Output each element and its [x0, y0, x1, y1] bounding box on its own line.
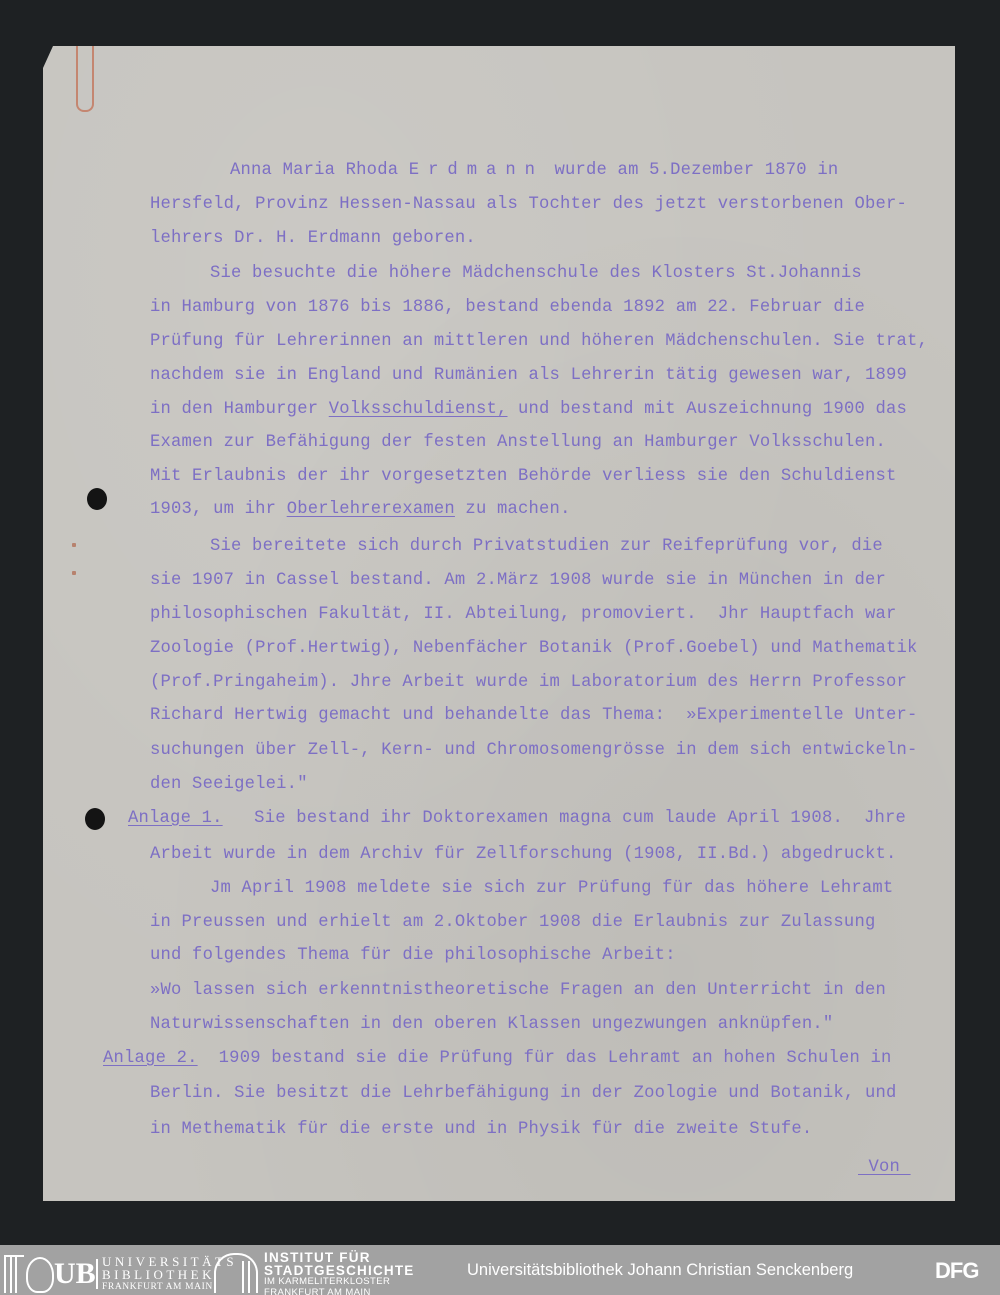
text-line: in Preussen und erhielt am 2.Oktober 190… [150, 913, 875, 933]
text-segment: Zoologie (Prof.Hertwig), Nebenfächer Bot… [150, 639, 918, 658]
text-line: Sie besuchte die höhere Mädchenschule de… [210, 264, 862, 284]
text-segment: und bestand mit Auszeichnung 1900 das [508, 400, 908, 419]
text-segment: Prüfung für Lehrerinnen an mittleren und… [150, 332, 928, 351]
text-line: lehrers Dr. H. Erdmann geboren. [150, 229, 476, 249]
portrait-icon [26, 1257, 54, 1293]
text-segment: philosophischen Fakultät, II. Abteilung,… [150, 605, 897, 624]
text-line: Richard Hertwig gemacht und behandelte d… [150, 706, 918, 726]
ub-logo[interactable]: UB UNIVERSITÄTS BIBLIOTHEK FRANKFURT AM … [4, 1251, 204, 1291]
text-segment: Sie bereitete sich durch Privatstudien z… [210, 537, 883, 556]
ub-divider [96, 1259, 98, 1289]
text-segment: Anna Maria Rhoda [230, 161, 409, 180]
text-line: sie 1907 in Cassel bestand. Am 2.März 19… [150, 571, 886, 591]
text-line: in Methematik für die erste und in Physi… [150, 1120, 812, 1140]
text-line: Examen zur Befähigung der festen Anstell… [150, 433, 886, 453]
text-line: Mit Erlaubnis der ihr vorgesetzten Behör… [150, 467, 897, 487]
text-segment: sie 1907 in Cassel bestand. Am 2.März 19… [150, 571, 886, 590]
punch-hole-top [87, 488, 107, 510]
text-line: nachdem sie in England und Rumänien als … [150, 366, 907, 386]
text-segment: in den Hamburger [150, 400, 329, 419]
text-line: Berlin. Sie besitzt die Lehrbefähigung i… [150, 1084, 897, 1104]
text-segment: (Prof.Pringaheim). Jhre Arbeit wurde im … [150, 673, 907, 692]
text-segment: Berlin. Sie besitzt die Lehrbefähigung i… [150, 1084, 897, 1103]
text-segment: Mit Erlaubnis der ihr vorgesetzten Behör… [150, 467, 897, 486]
spaced-name: Erdmann [409, 161, 544, 180]
dfg-logo[interactable]: DFG [935, 1258, 978, 1284]
text-segment: nachdem sie in England und Rumänien als … [150, 366, 907, 385]
text-segment: Sie bestand ihr Doktorexamen magna cum l… [223, 809, 906, 828]
margin-mark [72, 543, 76, 547]
underlined-text: Von [858, 1158, 911, 1177]
text-segment: den Seeigelei." [150, 775, 308, 794]
folded-corner [43, 46, 53, 68]
text-segment: suchungen über Zell-, Kern- und Chromoso… [150, 741, 918, 760]
text-line: suchungen über Zell-, Kern- und Chromoso… [150, 741, 918, 761]
text-line: Sie bereitete sich durch Privatstudien z… [210, 537, 883, 557]
text-segment: lehrers Dr. H. Erdmann geboren. [150, 229, 476, 248]
text-line: den Seeigelei." [150, 775, 308, 795]
text-line: Arbeit wurde in dem Archiv für Zellforsc… [150, 845, 897, 865]
text-segment: Jm April 1908 meldete sie sich zur Prüfu… [210, 879, 893, 898]
text-segment: Richard Hertwig gemacht und behandelte d… [150, 706, 918, 725]
ub-frame-icon [4, 1255, 24, 1293]
isg-line-3: IM KARMELITERKLOSTER [264, 1277, 415, 1288]
text-line: Zoologie (Prof.Hertwig), Nebenfächer Bot… [150, 639, 918, 659]
underlined-text: Oberlehrerexamen [287, 500, 455, 519]
text-line: 1903, um ihr Oberlehrerexamen zu machen. [150, 500, 571, 520]
punch-hole-bottom [85, 808, 105, 830]
text-line: philosophischen Fakultät, II. Abteilung,… [150, 605, 897, 625]
underlined-text: Anlage 1. [128, 809, 223, 828]
text-line: Von [858, 1158, 911, 1178]
text-segment: »Wo lassen sich erkenntnistheoretische F… [150, 981, 886, 1000]
paperclip-mark [76, 46, 94, 112]
text-segment: Hersfeld, Provinz Hessen-Nassau als Toch… [150, 195, 907, 214]
footer-bar: UB UNIVERSITÄTS BIBLIOTHEK FRANKFURT AM … [0, 1245, 1000, 1295]
text-segment: 1909 bestand sie die Prüfung für das Leh… [198, 1049, 892, 1068]
margin-mark [72, 571, 76, 575]
text-segment: und folgendes Thema für die philosophisc… [150, 946, 676, 965]
isg-line-4: FRANKFURT AM MAIN [264, 1288, 415, 1295]
text-line: Anna Maria Rhoda Erdmann wurde am 5.Deze… [230, 161, 838, 181]
text-segment: wurde am 5.Dezember 1870 in [544, 161, 838, 180]
text-segment: in Hamburg von 1876 bis 1886, bestand eb… [150, 298, 865, 317]
text-segment: in Methematik für die erste und in Physi… [150, 1120, 812, 1139]
text-line: Anlage 1. Sie bestand ihr Doktorexamen m… [128, 809, 906, 829]
isg-wordmark: INSTITUT FÜR STADTGESCHICHTE IM KARMELIT… [264, 1251, 415, 1295]
text-line: Hersfeld, Provinz Hessen-Nassau als Toch… [150, 195, 907, 215]
text-segment: Arbeit wurde in dem Archiv für Zellforsc… [150, 845, 897, 864]
text-segment: Examen zur Befähigung der festen Anstell… [150, 433, 886, 452]
text-segment: Naturwissenschaften in den oberen Klasse… [150, 1015, 833, 1034]
ub-letters: UB [54, 1259, 96, 1289]
text-segment: zu machen. [455, 500, 571, 519]
text-line: Jm April 1908 meldete sie sich zur Prüfu… [210, 879, 893, 899]
text-segment: in Preussen und erhielt am 2.Oktober 190… [150, 913, 875, 932]
library-name[interactable]: Universitätsbibliothek Johann Christian … [467, 1261, 853, 1280]
arch-icon [214, 1253, 258, 1293]
text-line: Anlage 2. 1909 bestand sie die Prüfung f… [103, 1049, 892, 1069]
text-line: in den Hamburger Volksschuldienst, und b… [150, 400, 907, 420]
text-line: Prüfung für Lehrerinnen an mittleren und… [150, 332, 928, 352]
text-line: »Wo lassen sich erkenntnistheoretische F… [150, 981, 886, 1001]
text-line: (Prof.Pringaheim). Jhre Arbeit wurde im … [150, 673, 907, 693]
underlined-text: Volksschuldienst, [329, 400, 508, 419]
text-line: Naturwissenschaften in den oberen Klasse… [150, 1015, 833, 1035]
text-line: in Hamburg von 1876 bis 1886, bestand eb… [150, 298, 865, 318]
text-segment: Sie besuchte die höhere Mädchenschule de… [210, 264, 862, 283]
underlined-text: Anlage 2. [103, 1049, 198, 1068]
text-line: und folgendes Thema für die philosophisc… [150, 946, 676, 966]
text-segment: 1903, um ihr [150, 500, 287, 519]
